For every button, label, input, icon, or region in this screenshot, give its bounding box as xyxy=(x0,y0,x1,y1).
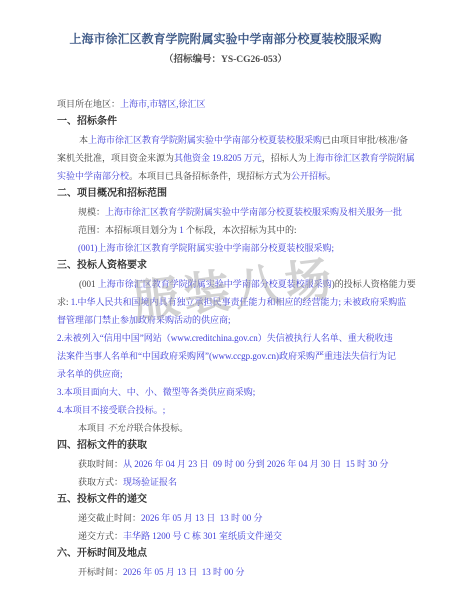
text-segment: 上海市徐汇区教育学院附属 xyxy=(307,153,415,163)
section-heading: 一、招标条件 xyxy=(57,113,394,131)
text-segment: 已由项目审批/核准/备 xyxy=(322,135,408,145)
text-segment: 个标段，本次招标为其中的: xyxy=(184,225,297,235)
doc-line: 项目所在地区：上海市,市辖区,徐汇区 xyxy=(57,95,394,113)
text-segment: 。 xyxy=(327,171,336,181)
text-segment: 获取方式： xyxy=(78,477,123,487)
text-segment: 3.本项目面向大、中、小、微型等各类供应商采购; xyxy=(57,387,255,397)
text-segment: 开标时间： xyxy=(78,567,123,577)
section-heading: 四、招标文件的获取 xyxy=(57,437,394,455)
text-segment: 。本项目已具备招标条件，现招标方式为 xyxy=(129,171,291,181)
text-segment: 上海市,市辖区,徐汇区 xyxy=(120,99,206,109)
text-segment: 从 2026 年 04 月 23 日 09 时 00 分到 2026 年 04 … xyxy=(123,459,389,469)
text-segment: 三、投标人资格要求 xyxy=(57,260,147,271)
text-segment: 五、投标文件的递交 xyxy=(57,494,147,505)
doc-line: 范围：本招标项目划分为 1 个标段，本次招标为其中的: xyxy=(57,221,394,239)
doc-line: 规模：上海市徐汇区教育学院附属实验中学南部分校夏装校服采购及相关服务一批 xyxy=(57,203,394,221)
text-segment: 一、招标条件 xyxy=(57,116,117,127)
text-segment: 现场验证报名 xyxy=(123,477,177,487)
text-segment: 其他资金 19.8205 万元 xyxy=(174,153,262,163)
text-segment: 案机关批准，项目资金来源为 xyxy=(57,153,174,163)
text-segment: 联合体投标。 xyxy=(134,423,188,433)
text-segment: 获取时间： xyxy=(78,459,123,469)
text-segment: 二、项目概况和招标范围 xyxy=(57,188,167,199)
text-segment: 四、招标文件的获取 xyxy=(57,440,147,451)
tender-announcement-page: { "page": { "title": "上海市徐汇区教育学院附属实验中学南部… xyxy=(0,0,450,600)
text-segment: (001 xyxy=(79,279,98,289)
text-segment: ，招标人为 xyxy=(262,153,307,163)
text-segment: 递交截止时间： xyxy=(78,513,141,523)
doc-line: 递交截止时间：2026 年 05 月 13 日 13 时 00 分 xyxy=(57,509,394,527)
doc-line: (001 上海市徐汇区教育学院附属实验中学南部分校夏装校服采购)的投标人资格能力… xyxy=(57,275,394,293)
doc-line: 本上海市徐汇区教育学院附属实验中学南部分校夏装校服采购已由项目审批/核准/备 xyxy=(57,131,394,149)
text-segment: 2026 年 05 月 13 日 13 时 00 分 xyxy=(141,513,263,523)
doc-line: 2.未被列入“信用中国”网站（www.creditchina.gov.cn）失信… xyxy=(57,329,394,347)
doc-line: 案机关批准，项目资金来源为其他资金 19.8205 万元，招标人为上海市徐汇区教… xyxy=(57,149,394,167)
doc-line: 本项目 不允许联合体投标。 xyxy=(57,419,394,437)
text-segment: 法案件当事人名单和“中国政府采购网”(www.ccgp.gov.cn)政府采购严… xyxy=(57,351,396,361)
doc-line: 递交方式：丰华路 1200 号 C 栋 301 室纸质文件递交 xyxy=(57,527,394,545)
doc-body: 项目所在地区：上海市,市辖区,徐汇区一、招标条件本上海市徐汇区教育学院附属实验中… xyxy=(57,95,394,581)
page-title: 上海市徐汇区教育学院附属实验中学南部分校夏装校服采购 xyxy=(57,31,394,47)
text-segment: 求: xyxy=(57,297,71,307)
text-segment: 项目所在地区： xyxy=(57,99,120,109)
section-heading: 六、开标时间及地点 xyxy=(57,545,394,563)
text-segment: 上海市徐汇区教育学院附属实验中学南部分校夏装校服采购 xyxy=(98,279,332,289)
tender-number: （招标编号：YS-CG26-053） xyxy=(57,53,394,67)
doc-line: 录名单的供应商; xyxy=(57,365,394,383)
doc-line: 获取方式：现场验证报名 xyxy=(57,473,394,491)
section-heading: 五、投标文件的递交 xyxy=(57,491,394,509)
text-segment: 上海市徐汇区教育学院附属实验中学南部分校夏装校服采购 xyxy=(88,135,322,145)
text-segment: 上海市徐汇区教育学院附属实验中学南部分校夏装校服采购及相关服务一批 xyxy=(105,207,402,217)
text-segment: )的投标人资格能力要 xyxy=(332,279,416,289)
text-segment: 规模： xyxy=(78,207,105,217)
section-heading: 三、投标人资格要求 xyxy=(57,257,394,275)
text-segment: 2026 年 05 月 13 日 13 时 00 分 xyxy=(123,567,245,577)
section-heading: 二、项目概况和招标范围 xyxy=(57,185,394,203)
text-segment: 实验中学南部分校 xyxy=(57,171,129,181)
text-segment: 2.未被列入“信用中国”网站（www.creditchina.gov.cn）失信… xyxy=(57,333,393,343)
doc-line: 法案件当事人名单和“中国政府采购网”(www.ccgp.gov.cn)政府采购严… xyxy=(57,347,394,365)
doc-line: 实验中学南部分校。本项目已具备招标条件，现招标方式为公开招标。 xyxy=(57,167,394,185)
doc-line: 督管理部门禁止参加政府采购活动的供应商; xyxy=(57,311,394,329)
text-segment: 4.本项目不接受联合投标。; xyxy=(57,405,165,415)
doc-line: 开标时间：2026 年 05 月 13 日 13 时 00 分 xyxy=(57,563,394,581)
text-segment: 范围：本招标项目划分为 xyxy=(78,225,179,235)
doc-line: (001)上海市徐汇区教育学院附属实验中学南部分校夏装校服采购; xyxy=(57,239,394,257)
text-segment: 本项目 xyxy=(78,423,107,433)
doc-line: 4.本项目不接受联合投标。; xyxy=(57,401,394,419)
doc-line: 3.本项目面向大、中、小、微型等各类供应商采购; xyxy=(57,383,394,401)
text-segment: 公开招标 xyxy=(291,171,327,181)
doc-line: 获取时间：从 2026 年 04 月 23 日 09 时 00 分到 2026 … xyxy=(57,455,394,473)
text-segment: 督管理部门禁止参加政府采购活动的供应商; xyxy=(57,315,231,325)
text-segment: 录名单的供应商; xyxy=(57,369,123,379)
text-segment: 本 xyxy=(79,135,88,145)
text-segment: 不允许 xyxy=(107,423,134,433)
text-segment: 1.中华人民共和国境内具有独立承担民事责任能力和相应的经营能力; 未被政府采购监 xyxy=(71,297,407,307)
text-segment: 六、开标时间及地点 xyxy=(57,548,147,559)
doc-line: 求: 1.中华人民共和国境内具有独立承担民事责任能力和相应的经营能力; 未被政府… xyxy=(57,293,394,311)
text-segment: 丰华路 1200 号 C 栋 301 室纸质文件递交 xyxy=(123,531,282,541)
document-page: 上海市徐汇区教育学院附属实验中学南部分校夏装校服采购 （招标编号：YS-CG26… xyxy=(0,0,450,600)
text-segment: (001)上海市徐汇区教育学院附属实验中学南部分校夏装校服采购; xyxy=(78,243,334,253)
text-segment: 递交方式： xyxy=(78,531,123,541)
